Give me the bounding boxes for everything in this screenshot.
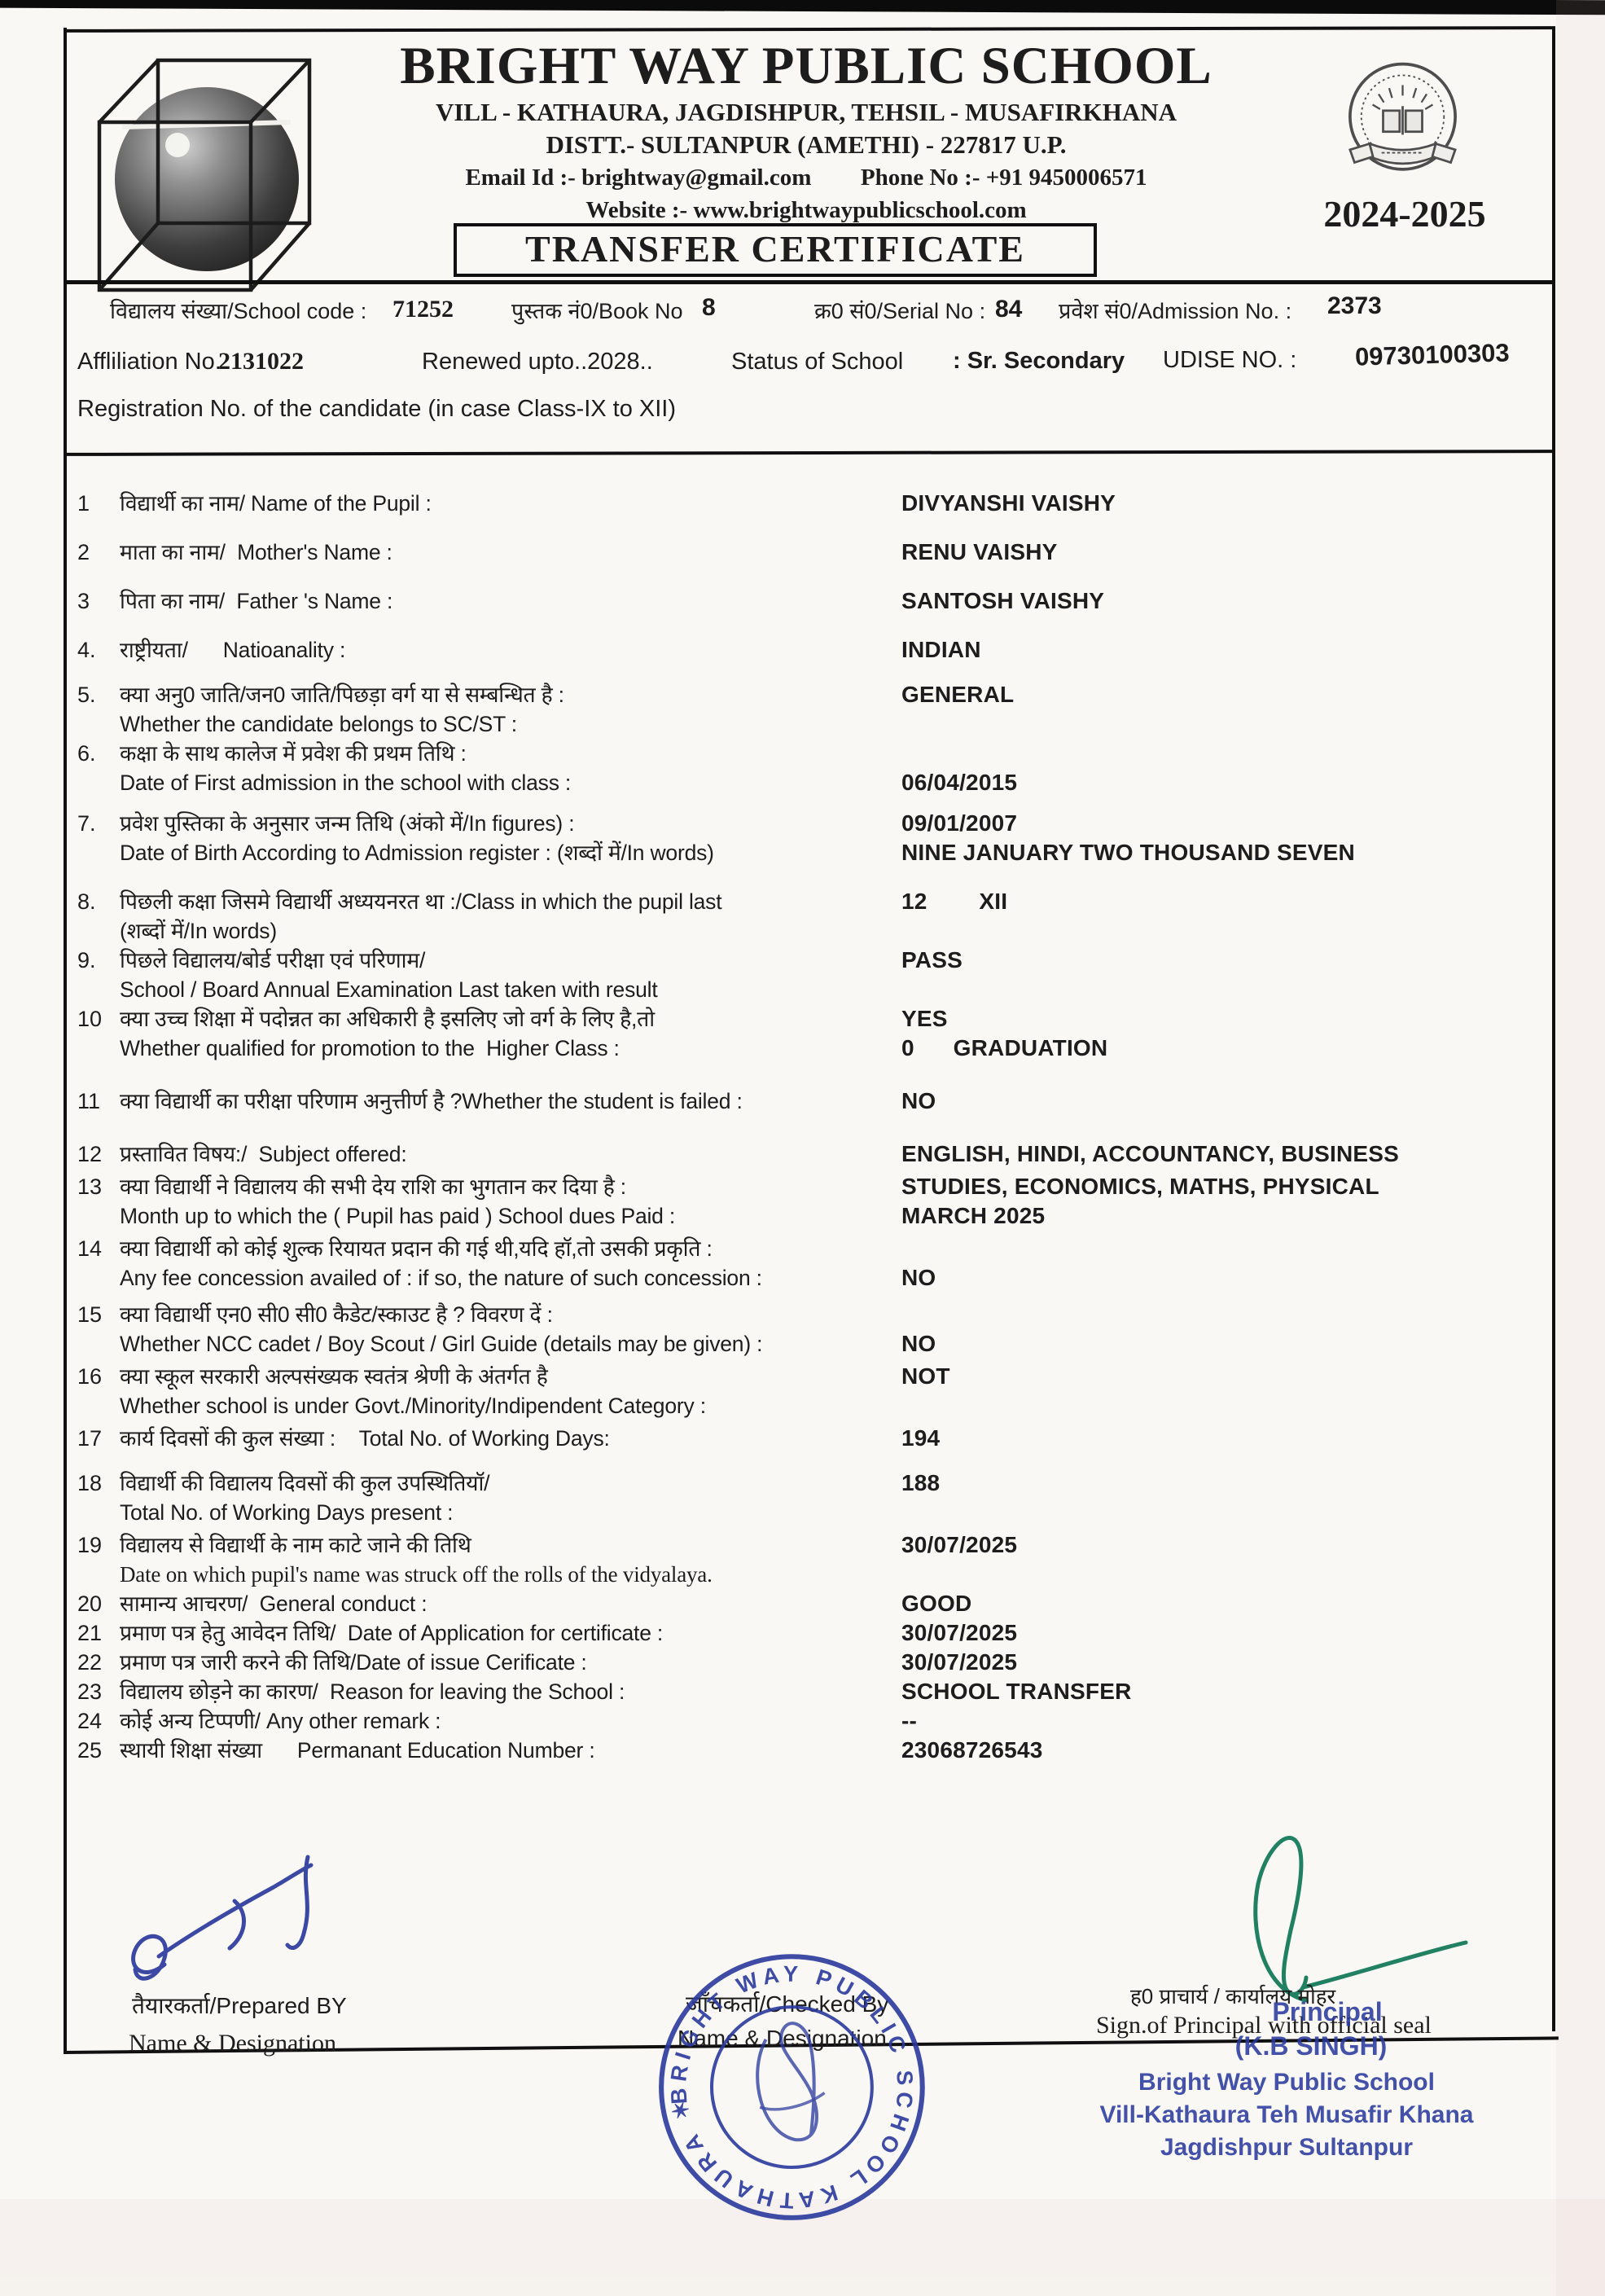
field-row: 8.पिछली कक्षा जिसमे विद्यार्थी अध्ययनरत … xyxy=(77,887,1543,946)
field-value-line: GOOD xyxy=(901,1589,1543,1618)
header: BRIGHT WAY PUBLIC SCHOOL VILL - KATHAURA… xyxy=(244,36,1368,226)
school-code-value: 71252 xyxy=(392,293,454,326)
field-value-line: 194 xyxy=(901,1424,1543,1453)
field-number: 20 xyxy=(77,1589,113,1618)
field-value-line: 23068726543 xyxy=(901,1736,1543,1765)
field-label: माता का नाम/ Mother's Name : xyxy=(120,538,895,567)
school-round-stamp: BRIGHT WAY PUBLIC SCHOOL KATHAURA ✶ xyxy=(629,1925,955,2250)
field-label-line: Date of First admission in the school wi… xyxy=(120,768,895,797)
field-number: 2 xyxy=(77,538,113,567)
field-value-line xyxy=(901,975,1543,1004)
field-value: DIVYANSHI VAISHY xyxy=(901,489,1543,518)
field-value-line: -- xyxy=(901,1706,1543,1736)
field-value-line: NOT xyxy=(901,1362,1543,1391)
stamp-address-line2: Jagdishpur Sultanpur xyxy=(1107,2134,1466,2162)
book-no-value: 8 xyxy=(702,292,716,324)
field-value-line xyxy=(901,1391,1543,1420)
field-label-line: प्रस्तावित विषय:/ Subject offered: xyxy=(120,1139,895,1169)
field-label-line: क्या अनु0 जाति/जन0 जाति/पिछड़ा वर्ग या स… xyxy=(120,680,895,709)
school-name: BRIGHT WAY PUBLIC SCHOOL xyxy=(244,36,1368,96)
field-label-line: कार्य दिवसों की कुल संख्या : Total No. o… xyxy=(120,1424,895,1453)
svg-text:BRIGHT WAY PUBLIC SCHOOL KATHA: BRIGHT WAY PUBLIC SCHOOL KATHAURA ✶ xyxy=(647,1943,936,2232)
field-value-line: INDIAN xyxy=(901,635,1543,665)
field-label-line: Whether qualified for promotion to the H… xyxy=(120,1034,895,1063)
serial-no-value: 84 xyxy=(995,293,1022,326)
field-label-line: Whether school is under Govt./Minority/I… xyxy=(120,1391,895,1420)
field-label-line: पिछले विद्यालय/बोर्ड परीक्षा एवं परिणाम/ xyxy=(120,946,895,975)
field-row: 24कोई अन्य टिप्पणी/ Any other remark :-- xyxy=(77,1706,1543,1736)
field-label-line: प्रवेश पुस्तिका के अनुसार जन्म तिथि (अंक… xyxy=(120,809,895,838)
field-value-line: MARCH 2025 xyxy=(901,1201,1543,1231)
field-value: ENGLISH, HINDI, ACCOUNTANCY, BUSINESS xyxy=(901,1139,1543,1169)
field-number: 9. xyxy=(77,946,113,1004)
field-value: GENERAL xyxy=(901,680,1543,739)
field-number: 8. xyxy=(77,887,113,946)
status-label: Status of School xyxy=(731,345,903,378)
field-value-line: NO xyxy=(901,1329,1543,1359)
field-number: 4. xyxy=(77,635,113,665)
field-number: 11 xyxy=(77,1087,113,1116)
field-value: 06/04/2015 xyxy=(901,739,1543,797)
field-label: प्रमाण पत्र हेतु आवेदन तिथि/ Date of App… xyxy=(120,1618,895,1648)
field-value-line xyxy=(901,1300,1543,1329)
book-no-label: पुस्तक नं0/Book No xyxy=(511,295,683,327)
field-value: NO xyxy=(901,1300,1543,1359)
field-value-line xyxy=(901,916,1543,946)
field-number: 3 xyxy=(77,586,113,616)
field-label-line: (शब्दों में/In words) xyxy=(120,916,895,946)
website-line: Website :- www.brightwaypublicschool.com xyxy=(244,194,1368,226)
field-label-line: Whether NCC cadet / Boy Scout / Girl Gui… xyxy=(120,1329,895,1359)
field-value-line: YES xyxy=(901,1004,1543,1034)
field-label-line: कोई अन्य टिप्पणी/ Any other remark : xyxy=(120,1706,895,1736)
field-label-line: पिता का नाम/ Father 's Name : xyxy=(120,586,895,616)
field-number: 12 xyxy=(77,1139,113,1169)
field-label: क्या स्कूल सरकारी अल्पसंख्यक स्वतंत्र श्… xyxy=(120,1362,895,1420)
field-value-line: 06/04/2015 xyxy=(901,768,1543,797)
field-value-line xyxy=(901,739,1543,768)
field-label: सामान्य आचरण/ General conduct : xyxy=(120,1589,895,1618)
field-row: 5.क्या अनु0 जाति/जन0 जाति/पिछड़ा वर्ग या… xyxy=(77,680,1543,739)
field-label: प्रस्तावित विषय:/ Subject offered: xyxy=(120,1139,895,1169)
field-label-line: Whether the candidate belongs to SC/ST : xyxy=(120,709,895,739)
field-value: STUDIES, ECONOMICS, MATHS, PHYSICALMARCH… xyxy=(901,1172,1543,1231)
field-number: 16 xyxy=(77,1362,113,1420)
admission-no-value: 2373 xyxy=(1327,290,1382,323)
field-label-line: क्या स्कूल सरकारी अल्पसंख्यक स्वतंत्र श्… xyxy=(120,1362,895,1391)
field-number: 1 xyxy=(77,489,113,518)
field-label-line: क्या विद्यार्थी का परीक्षा परिणाम अनुत्त… xyxy=(120,1087,895,1116)
field-row: 15क्या विद्यार्थी एन0 सी0 सी0 कैडेट/स्का… xyxy=(77,1300,1543,1359)
scan-tint-right xyxy=(1556,0,1605,2296)
field-row: 13क्या विद्यार्थी ने विद्यालय की सभी देय… xyxy=(77,1172,1543,1231)
field-label-line: पिछली कक्षा जिसमे विद्यार्थी अध्ययनरत था… xyxy=(120,887,895,916)
field-number: 22 xyxy=(77,1648,113,1677)
field-row: 20सामान्य आचरण/ General conduct :GOOD xyxy=(77,1589,1543,1618)
field-row: 18विद्यार्थी की विद्यालय दिवसों की कुल उ… xyxy=(77,1468,1543,1527)
round-stamp-text: BRIGHT WAY PUBLIC SCHOOL KATHAURA ✶ xyxy=(647,1943,936,2232)
field-row: 7.प्रवेश पुस्तिका के अनुसार जन्म तिथि (अ… xyxy=(77,809,1543,867)
field-number: 7. xyxy=(77,809,113,867)
website-value: www.brightwaypublicschool.com xyxy=(693,197,1026,223)
email-label: Email Id :- xyxy=(465,165,575,191)
field-value-line: NO xyxy=(901,1263,1543,1293)
field-label-line: Date of Birth According to Admission reg… xyxy=(120,838,895,867)
field-value: 09/01/2007NINE JANUARY TWO THOUSAND SEVE… xyxy=(901,809,1543,867)
field-number: 25 xyxy=(77,1736,113,1765)
renewed-upto: Renewed upto..2028.. xyxy=(422,345,653,378)
principal-stamp-name: (K.B SINGH) xyxy=(1181,2031,1441,2061)
field-value-line: 0 GRADUATION xyxy=(901,1034,1543,1063)
field-label: प्रवेश पुस्तिका के अनुसार जन्म तिथि (अंक… xyxy=(120,809,895,867)
field-label: विद्यार्थी की विद्यालय दिवसों की कुल उपस… xyxy=(120,1468,895,1527)
field-label: क्या विद्यार्थी ने विद्यालय की सभी देय र… xyxy=(120,1172,895,1231)
header-separator-line xyxy=(64,280,1555,284)
website-label: Website :- xyxy=(585,197,687,223)
field-value-line: PASS xyxy=(901,946,1543,975)
field-value-line: SCHOOL TRANSFER xyxy=(901,1677,1543,1706)
field-label: प्रमाण पत्र जारी करने की तिथि/Date of is… xyxy=(120,1648,895,1677)
field-row: 11क्या विद्यार्थी का परीक्षा परिणाम अनुत… xyxy=(77,1087,1543,1116)
field-label-line: सामान्य आचरण/ General conduct : xyxy=(120,1589,895,1618)
field-label-line: कक्षा के साथ कालेज में प्रवेश की प्रथम त… xyxy=(120,739,895,768)
meta-separator-line xyxy=(64,450,1555,456)
prepared-by-label: तैयारकर्ता/Prepared BY xyxy=(132,1991,347,2022)
field-value: 194 xyxy=(901,1424,1543,1453)
field-label: राष्ट्रीयता/ Natioanality : xyxy=(120,635,895,665)
field-value: 30/07/2025 xyxy=(901,1530,1543,1589)
field-label: क्या विद्यार्थी एन0 सी0 सी0 कैडेट/स्काउट… xyxy=(120,1300,895,1359)
field-row: 1विद्यार्थी का नाम/ Name of the Pupil :D… xyxy=(77,489,1543,518)
status-value: : Sr. Secondary xyxy=(953,345,1125,377)
field-row: 22प्रमाण पत्र जारी करने की तिथि/Date of … xyxy=(77,1648,1543,1677)
field-label: विद्यालय छोड़ने का कारण/ Reason for leav… xyxy=(120,1677,895,1706)
field-value: INDIAN xyxy=(901,635,1543,665)
phone-value: +91 9450006571 xyxy=(986,165,1147,191)
field-row: 3पिता का नाम/ Father 's Name :SANTOSH VA… xyxy=(77,586,1543,616)
field-row: 4.राष्ट्रीयता/ Natioanality :INDIAN xyxy=(77,635,1543,665)
phone-label: Phone No :- xyxy=(861,165,980,191)
field-number: 10 xyxy=(77,1004,113,1063)
field-label: क्या विद्यार्थी को कोई शुल्क रियायत प्रद… xyxy=(120,1234,895,1293)
field-value-line xyxy=(901,1498,1543,1527)
field-label-line: क्या विद्यार्थी ने विद्यालय की सभी देय र… xyxy=(120,1172,895,1201)
field-label: स्थायी शिक्षा संख्या Permanant Education… xyxy=(120,1736,895,1765)
field-value: SCHOOL TRANSFER xyxy=(901,1677,1543,1706)
field-number: 23 xyxy=(77,1677,113,1706)
stamp-address-line1: Vill-Kathaura Teh Musafir Khana xyxy=(1075,2101,1498,2129)
field-label: पिता का नाम/ Father 's Name : xyxy=(120,586,895,616)
round-stamp-icon: BRIGHT WAY PUBLIC SCHOOL KATHAURA ✶ xyxy=(629,1925,955,2250)
box-border-left xyxy=(64,28,67,2054)
field-label-line: स्थायी शिक्षा संख्या Permanant Education… xyxy=(120,1736,895,1765)
principal-stamp-title: Principal xyxy=(1221,1997,1433,2027)
field-row: 17कार्य दिवसों की कुल संख्या : Total No.… xyxy=(77,1424,1543,1453)
field-label-line: Month up to which the ( Pupil has paid )… xyxy=(120,1201,895,1231)
field-value-line: STUDIES, ECONOMICS, MATHS, PHYSICAL xyxy=(901,1172,1543,1201)
field-number: 14 xyxy=(77,1234,113,1293)
field-value: NO xyxy=(901,1234,1543,1293)
field-row: 6.कक्षा के साथ कालेज में प्रवेश की प्रथम… xyxy=(77,739,1543,797)
field-value-line: 30/07/2025 xyxy=(901,1530,1543,1560)
serial-no-label: क्र0 सं0/Serial No : xyxy=(814,295,985,327)
field-number: 13 xyxy=(77,1172,113,1231)
field-label-line: प्रमाण पत्र हेतु आवेदन तिथि/ Date of App… xyxy=(120,1618,895,1648)
field-value-line xyxy=(901,709,1543,739)
school-code-label: विद्यालय संख्या/School code : xyxy=(110,295,366,327)
field-row: 19विद्यालय से विद्यार्थी के नाम काटे जान… xyxy=(77,1530,1543,1589)
field-value-line: 30/07/2025 xyxy=(901,1648,1543,1677)
field-label: क्या विद्यार्थी का परीक्षा परिणाम अनुत्त… xyxy=(120,1087,895,1116)
field-value: 12 XII xyxy=(901,887,1543,946)
field-label: कोई अन्य टिप्पणी/ Any other remark : xyxy=(120,1706,895,1736)
field-label-line: क्या उच्च शिक्षा में पदोन्नत का अधिकारी … xyxy=(120,1004,895,1034)
field-label-line: Total No. of Working Days present : xyxy=(120,1498,895,1527)
field-value: NO xyxy=(901,1087,1543,1116)
registration-line: Registration No. of the candidate (in ca… xyxy=(77,393,676,425)
scan-edge-bar xyxy=(0,0,1605,15)
field-number: 17 xyxy=(77,1424,113,1453)
field-row: 10क्या उच्च शिक्षा में पदोन्नत का अधिकार… xyxy=(77,1004,1543,1063)
field-number: 18 xyxy=(77,1468,113,1527)
field-row: 9.पिछले विद्यालय/बोर्ड परीक्षा एवं परिणा… xyxy=(77,946,1543,1004)
field-value: 30/07/2025 xyxy=(901,1648,1543,1677)
field-row: 25स्थायी शिक्षा संख्या Permanant Educati… xyxy=(77,1736,1543,1765)
document-title: TRANSFER CERTIFICATE xyxy=(454,223,1097,277)
field-label-line: क्या विद्यार्थी एन0 सी0 सी0 कैडेट/स्काउट… xyxy=(120,1300,895,1329)
field-value: YES0 GRADUATION xyxy=(901,1004,1543,1063)
prepared-by-sub: Name & Designation xyxy=(129,2028,336,2059)
field-label: क्या अनु0 जाति/जन0 जाति/पिछड़ा वर्ग या स… xyxy=(120,680,895,739)
fields-list: 1विद्यार्थी का नाम/ Name of the Pupil :D… xyxy=(77,489,1543,1765)
field-number: 5. xyxy=(77,680,113,739)
field-value: SANTOSH VAISHY xyxy=(901,586,1543,616)
field-value: PASS xyxy=(901,946,1543,1004)
field-label: पिछली कक्षा जिसमे विद्यार्थी अध्ययनरत था… xyxy=(120,887,895,946)
contact-line: Email Id :- brightway@gmail.com Phone No… xyxy=(244,161,1368,194)
field-row: 2माता का नाम/ Mother's Name :RENU VAISHY xyxy=(77,538,1543,567)
field-value: RENU VAISHY xyxy=(901,538,1543,567)
field-row: 21प्रमाण पत्र हेतु आवेदन तिथि/ Date of A… xyxy=(77,1618,1543,1648)
field-label-line: विद्यालय से विद्यार्थी के नाम काटे जाने … xyxy=(120,1530,895,1560)
field-value: -- xyxy=(901,1706,1543,1736)
field-label-line: विद्यालय छोड़ने का कारण/ Reason for leav… xyxy=(120,1677,895,1706)
field-value-line: 09/01/2007 xyxy=(901,809,1543,838)
field-value: GOOD xyxy=(901,1589,1543,1618)
affiliation-label: Affliliation No. xyxy=(77,345,221,378)
field-number: 24 xyxy=(77,1706,113,1736)
field-label: पिछले विद्यालय/बोर्ड परीक्षा एवं परिणाम/… xyxy=(120,946,895,1004)
field-label-line: School / Board Annual Examination Last t… xyxy=(120,975,895,1004)
field-number: 15 xyxy=(77,1300,113,1359)
field-label: विद्यार्थी का नाम/ Name of the Pupil : xyxy=(120,489,895,518)
field-value-line xyxy=(901,1234,1543,1263)
field-value: NOT xyxy=(901,1362,1543,1420)
field-value-line: NINE JANUARY TWO THOUSAND SEVEN xyxy=(901,838,1543,867)
field-label-line: माता का नाम/ Mother's Name : xyxy=(120,538,895,567)
field-value-line: 30/07/2025 xyxy=(901,1618,1543,1648)
field-value: 30/07/2025 xyxy=(901,1618,1543,1648)
field-label: कक्षा के साथ कालेज में प्रवेश की प्रथम त… xyxy=(120,739,895,797)
field-label-line: Date on which pupil's name was struck of… xyxy=(120,1560,895,1589)
field-number: 21 xyxy=(77,1618,113,1648)
affiliation-value: 2131022 xyxy=(218,345,304,378)
box-border-right xyxy=(1552,28,1555,2031)
field-value: 188 xyxy=(901,1468,1543,1527)
admission-no-label: प्रवेश सं0/Admission No. : xyxy=(1059,295,1291,327)
email-value: brightway@gmail.com xyxy=(581,165,811,191)
field-row: 12प्रस्तावित विषय:/ Subject offered:ENGL… xyxy=(77,1139,1543,1169)
field-value: 23068726543 xyxy=(901,1736,1543,1765)
field-value-line: 12 XII xyxy=(901,887,1543,916)
transfer-certificate-page: BRIGHT WAY PUBLIC SCHOOL VILL - KATHAURA… xyxy=(0,0,1605,2296)
field-label-line: राष्ट्रीयता/ Natioanality : xyxy=(120,635,895,665)
field-value-line: RENU VAISHY xyxy=(901,538,1543,567)
field-number: 19 xyxy=(77,1530,113,1589)
field-value-line: NO xyxy=(901,1087,1543,1116)
session-year: 2024-2025 xyxy=(1266,192,1543,235)
udise-value: 09730100303 xyxy=(1354,336,1510,373)
field-value-line: SANTOSH VAISHY xyxy=(901,586,1543,616)
field-value-line xyxy=(901,1560,1543,1589)
field-label-line: Any fee concession availed of : if so, t… xyxy=(120,1263,895,1293)
field-value-line: GENERAL xyxy=(901,680,1543,709)
school-address-line2: DISTT.- SULTANPUR (AMETHI) - 227817 U.P. xyxy=(244,129,1368,161)
field-value-line: DIVYANSHI VAISHY xyxy=(901,489,1543,518)
field-label: विद्यालय से विद्यार्थी के नाम काटे जाने … xyxy=(120,1530,895,1589)
box-border-top xyxy=(64,26,1555,33)
field-label: क्या उच्च शिक्षा में पदोन्नत का अधिकारी … xyxy=(120,1004,895,1063)
field-row: 14क्या विद्यार्थी को कोई शुल्क रियायत प्… xyxy=(77,1234,1543,1293)
field-value-line: ENGLISH, HINDI, ACCOUNTANCY, BUSINESS xyxy=(901,1139,1543,1169)
field-value-line: 188 xyxy=(901,1468,1543,1498)
field-row: 16क्या स्कूल सरकारी अल्पसंख्यक स्वतंत्र … xyxy=(77,1362,1543,1420)
field-label-line: विद्यार्थी का नाम/ Name of the Pupil : xyxy=(120,489,895,518)
udise-label: UDISE NO. : xyxy=(1163,344,1296,376)
field-row: 23विद्यालय छोड़ने का कारण/ Reason for le… xyxy=(77,1677,1543,1706)
field-label-line: प्रमाण पत्र जारी करने की तिथि/Date of is… xyxy=(120,1648,895,1677)
field-label-line: विद्यार्थी की विद्यालय दिवसों की कुल उपस… xyxy=(120,1468,895,1498)
field-label-line: क्या विद्यार्थी को कोई शुल्क रियायत प्रद… xyxy=(120,1234,895,1263)
stamp-school-name: Bright Way Public School xyxy=(1107,2069,1466,2096)
field-number: 6. xyxy=(77,739,113,797)
field-label: कार्य दिवसों की कुल संख्या : Total No. o… xyxy=(120,1424,895,1453)
school-address-line1: VILL - KATHAURA, JAGDISHPUR, TEHSIL - MU… xyxy=(244,96,1368,129)
